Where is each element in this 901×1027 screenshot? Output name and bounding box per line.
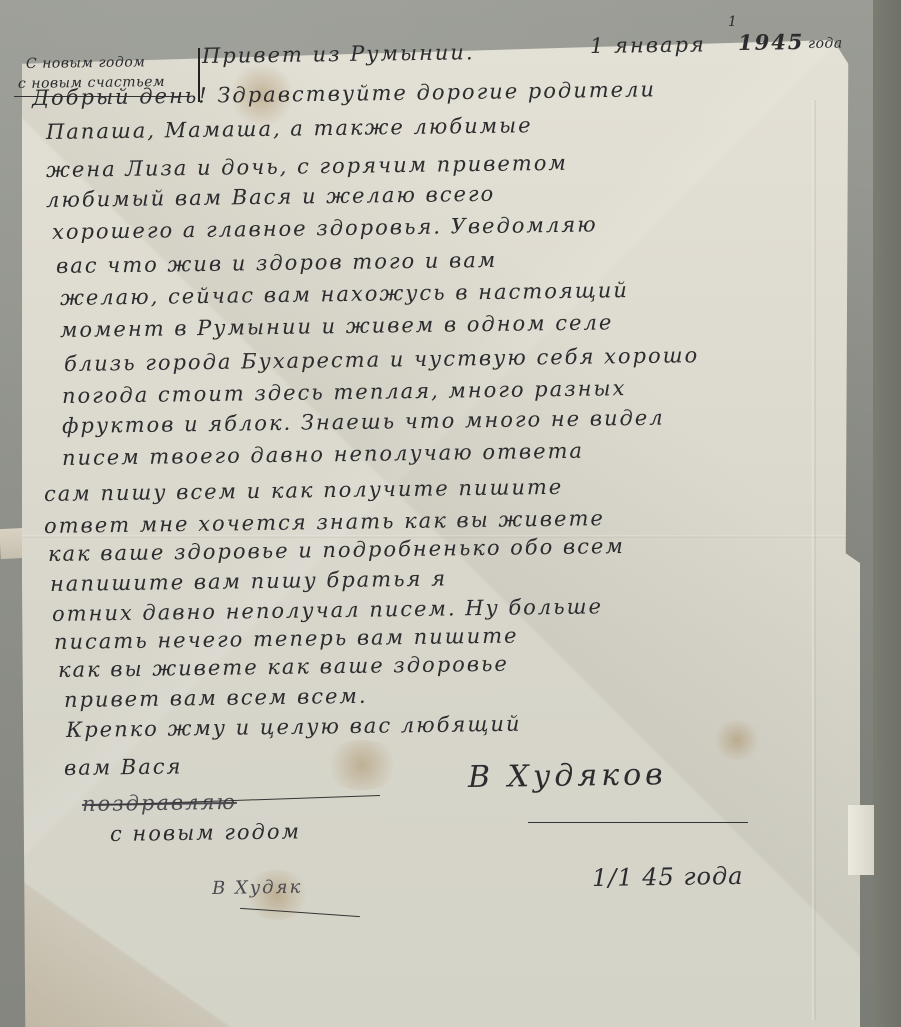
signature-small: В Худяк bbox=[212, 877, 303, 899]
letter-line: желаю, сейчас вам нахожусь в настоящий bbox=[60, 278, 629, 310]
corner-note-line-1: С новым годом bbox=[26, 54, 146, 72]
letter-line: писем твоего давно неполучаю ответа bbox=[62, 439, 584, 470]
letter-line: Папаша, Мамаша, а также любимые bbox=[46, 113, 533, 144]
handwriting-layer: С новым годом с новым счастьем Привет из… bbox=[0, 0, 901, 1027]
letter-line: писать нечего теперь вам пишите bbox=[54, 624, 519, 654]
greeting-heading: Привет из Румынии. bbox=[202, 40, 475, 68]
postscript-line-2: с новым годом bbox=[110, 819, 301, 846]
letter-line: привет вам всем всем. bbox=[64, 684, 368, 712]
small-signature-underline bbox=[240, 908, 360, 917]
letter-line: как вы живете как ваше здоровье bbox=[58, 652, 509, 682]
letter-line: сам пишу всем и как получите пишите bbox=[44, 475, 564, 506]
letter-line: ответ мне хочется знать как вы живете bbox=[44, 506, 605, 538]
letter-line: отних давно неполучал писем. Ну больше bbox=[52, 594, 603, 626]
letter-line: погода стоит здесь теплая, много разных bbox=[62, 376, 627, 408]
letter-line: как ваше здоровье и подробненько обо все… bbox=[48, 534, 625, 566]
footer-date: 1/1 45 года bbox=[592, 862, 744, 892]
letter-line: напишите вам пишу братья я bbox=[50, 566, 447, 596]
page-number-mark: 1 bbox=[728, 14, 738, 30]
signature-underline bbox=[528, 822, 748, 823]
date-year: 1945 bbox=[738, 29, 805, 55]
letter-line: близь города Бухареста и чуствую себя хо… bbox=[64, 343, 700, 376]
date-suffix: года bbox=[808, 36, 843, 52]
letter-line: фруктов и яблок. Знаешь что много не вид… bbox=[62, 406, 665, 438]
letter-line: Крепко жму и целую вас любящий bbox=[66, 712, 522, 742]
letter-line: хорошего а главное здоровья. Уведомляю bbox=[52, 212, 598, 244]
letter-line: жена Лиза и дочь, с горячим приветом bbox=[46, 151, 568, 182]
letter-line: любимый вам Вася и желаю всего bbox=[46, 182, 496, 212]
letter-line: вас что жив и здоров того и вам bbox=[56, 248, 497, 278]
letter-line: момент в Румынии и живем в одном селе bbox=[60, 310, 614, 342]
letter-line-closing: вам Вася bbox=[64, 754, 183, 780]
signature-main: В Худяков bbox=[468, 757, 667, 795]
date-day: 1 января bbox=[590, 32, 706, 58]
